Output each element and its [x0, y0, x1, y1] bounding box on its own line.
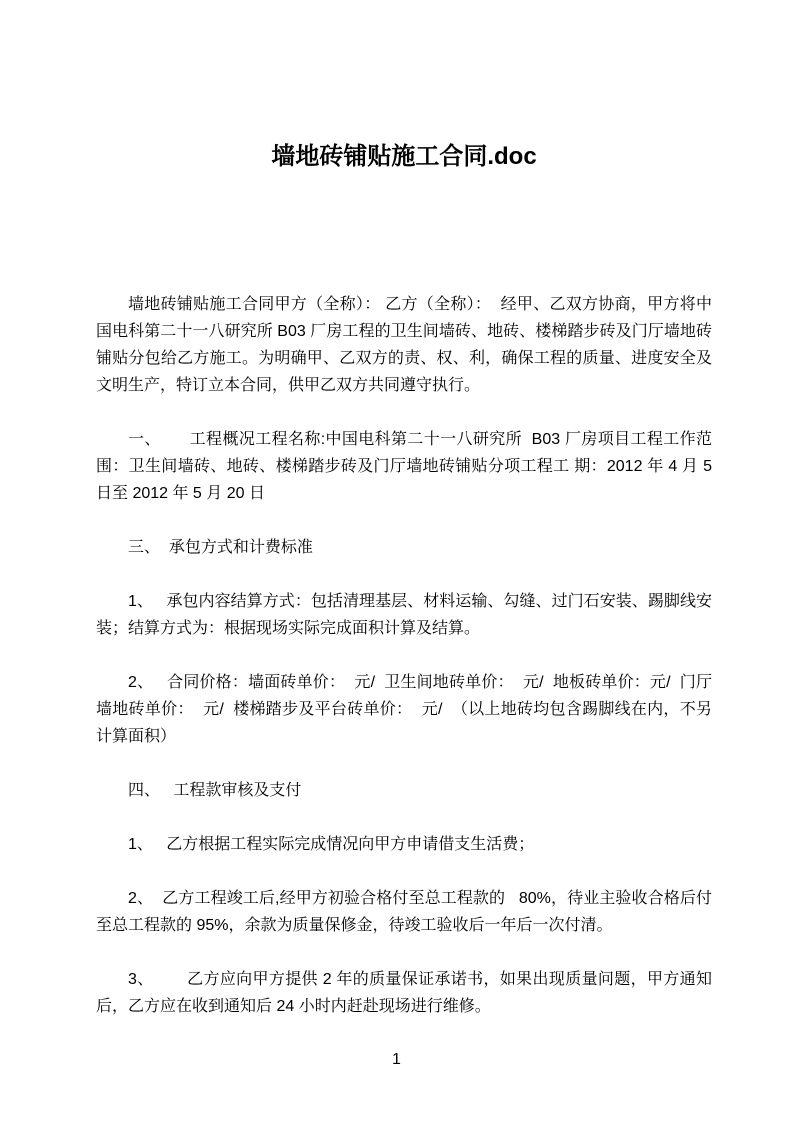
- paragraph-section-4-item-1: 1、 乙方根据工程实际完成情况向甲方申请借支生活费；: [96, 831, 712, 858]
- document-content: 墙地砖铺贴施工合同.doc 墙地砖铺贴施工合同甲方（全称）： 乙方（全称）： 经…: [96, 0, 712, 1047]
- document-page: 墙地砖铺贴施工合同.doc 墙地砖铺贴施工合同甲方（全称）： 乙方（全称）： 经…: [0, 0, 793, 1122]
- paragraph-section-1-project-overview: 一、 工程概况工程名称:中国电科第二十一八研究所 B03 厂房项目工程工作范围：…: [96, 426, 712, 507]
- document-title: 墙地砖铺贴施工合同.doc: [96, 141, 712, 173]
- paragraph-section-4-heading: 四、 工程款审核及支付: [96, 777, 712, 804]
- paragraph-contract-intro: 墙地砖铺贴施工合同甲方（全称）： 乙方（全称）： 经甲、乙双方协商，甲方将中国电…: [96, 291, 712, 399]
- paragraph-section-4-item-3: 3、 乙方应向甲方提供 2 年的质量保证承诺书，如果出现质量问题，甲方通知后，乙…: [96, 966, 712, 1020]
- paragraph-section-3-heading: 三、 承包方式和计费标准: [96, 534, 712, 561]
- paragraph-section-4-item-2: 2、 乙方工程竣工后,经甲方初验合格付至总工程款的 80%，待业主验收合格后付至…: [96, 885, 712, 939]
- paragraph-section-3-item-2: 2、 合同价格：墙面砖单价： 元/ 卫生间地砖单价： 元/ 地板砖单价：元/ 门…: [96, 669, 712, 750]
- paragraph-section-3-item-1: 1、 承包内容结算方式：包括清理基层、材料运输、勾缝、过门石安装、踢脚线安装；结…: [96, 588, 712, 642]
- page-number: 1: [0, 1050, 793, 1070]
